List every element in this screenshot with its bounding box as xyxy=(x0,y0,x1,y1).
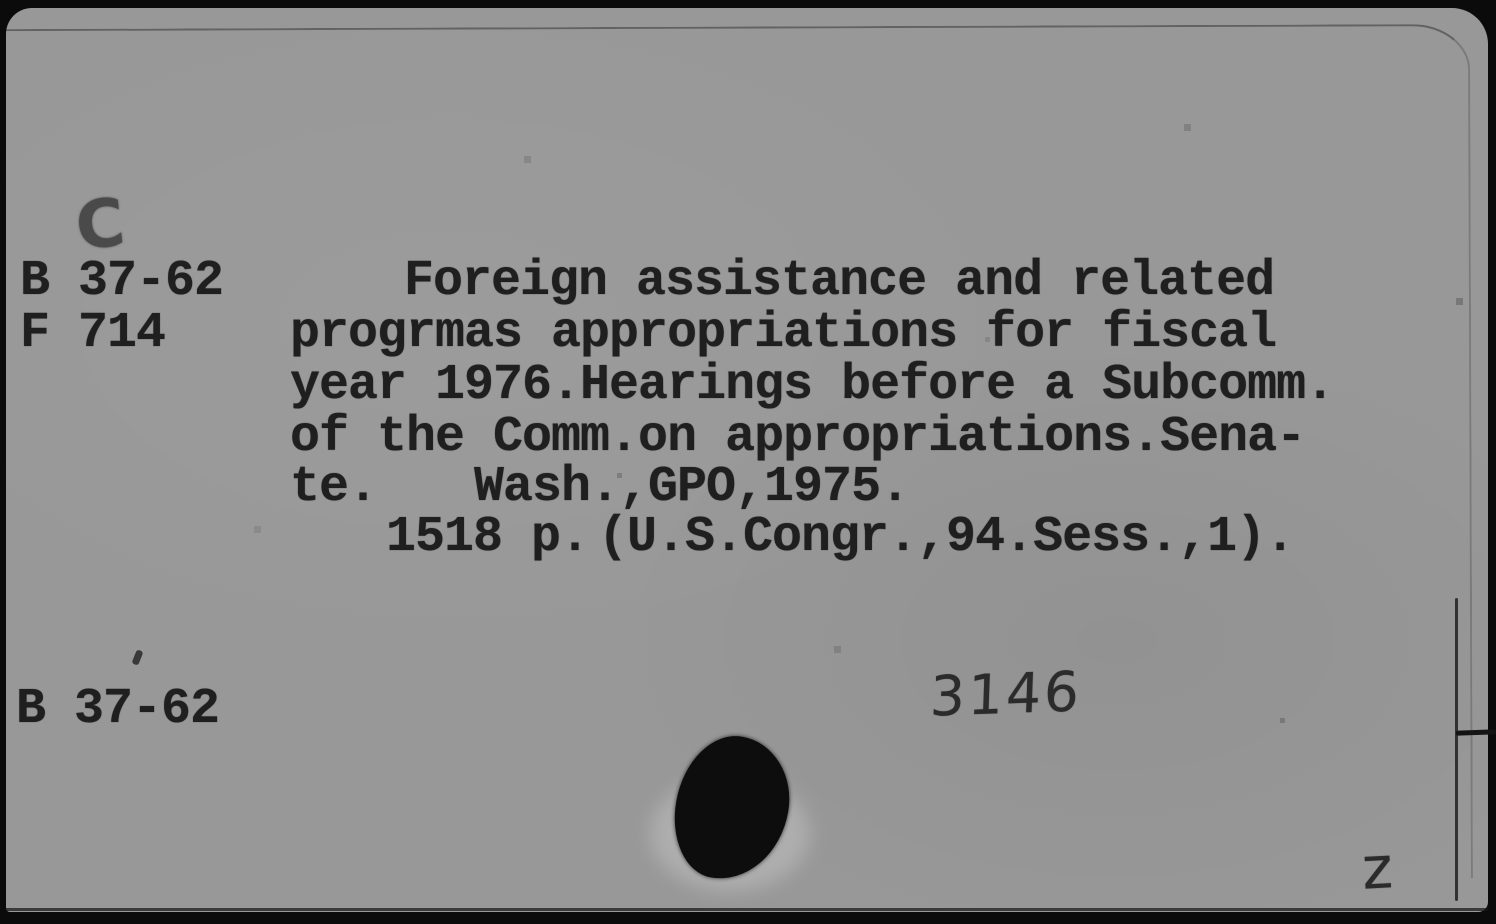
imprint-line: Wash.,GPO,1975. xyxy=(474,462,909,514)
edge-dash-mark xyxy=(1456,729,1496,735)
right-edge-line xyxy=(1455,598,1458,901)
bottom-edge-shadow xyxy=(6,908,1488,911)
call-number-line-2: F 714 xyxy=(20,308,165,360)
series-statement: (U.S.Congr.,94.Sess.,1). xyxy=(598,512,1294,564)
title-line-4: of the Comm.on appropriations.Sena- xyxy=(290,412,1305,464)
title-line-2: progrmas appropriations for fiscal xyxy=(290,308,1276,360)
title-line-5-continuation: te. xyxy=(290,462,377,514)
call-number-line-1: B 37-62 xyxy=(20,256,223,308)
handwritten-letter-z: z xyxy=(1360,833,1394,903)
collation-pages: 1518 p. xyxy=(386,512,589,564)
catalog-card: C B 37-62 F 714 Foreign assistance and r… xyxy=(6,8,1488,912)
scanned-page: C B 37-62 F 714 Foreign assistance and r… xyxy=(0,0,1496,924)
title-line-3: year 1976.Hearings before a Subcomm. xyxy=(290,360,1334,412)
footer-call-number: B 37-62 xyxy=(16,684,219,736)
scan-dust-specks xyxy=(6,8,9,11)
accession-number-handwritten: 3146 xyxy=(929,659,1083,728)
title-line-1: Foreign assistance and related xyxy=(404,256,1274,308)
